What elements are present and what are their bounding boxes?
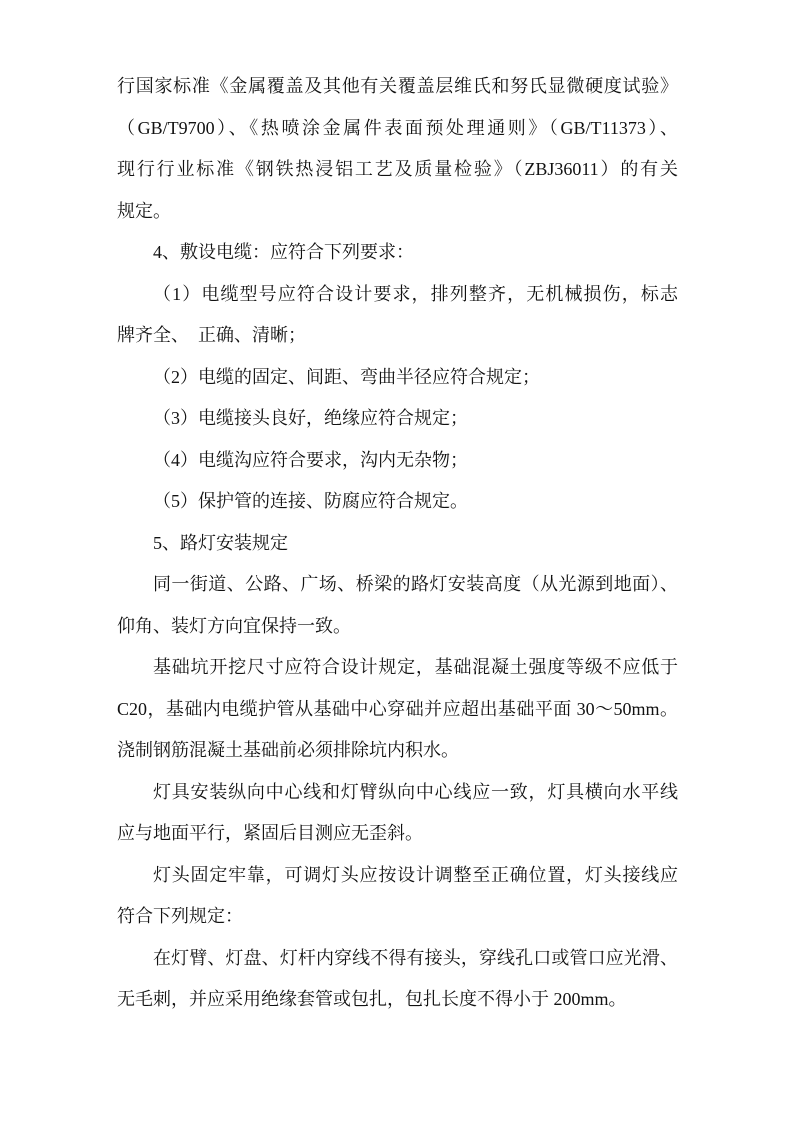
text-line: 行国家标准《金属覆盖及其他有关覆盖层维氏和努氏显微硬度试验》 (117, 66, 678, 108)
text-line: 仰角、装灯方向宜保持一致。 (117, 606, 678, 648)
text-line: 浇制钢筋混凝土基础前必须排除坑内积水。 (117, 730, 678, 772)
text-line: 在灯臂、灯盘、灯杆内穿线不得有接头，穿线孔口或管口应光滑、 (117, 938, 678, 980)
text-line: 灯具安装纵向中心线和灯臂纵向中心线应一致，灯具横向水平线 (117, 772, 678, 814)
text-line: 同一街道、公路、广场、桥梁的路灯安装高度（从光源到地面）、 (117, 564, 678, 606)
text-line: （3）电缆接头良好，绝缘应符合规定； (117, 398, 678, 440)
text-line: （GB/T9700）、《热喷涂金属件表面预处理通则》（GB/T11373）、 (117, 108, 678, 150)
text-line: 规定。 (117, 191, 678, 233)
text-line: 基础坑开挖尺寸应符合设计规定，基础混凝土强度等级不应低于 (117, 647, 678, 689)
text-line: （1）电缆型号应符合设计要求，排列整齐，无机械损伤，标志 (117, 274, 678, 316)
text-line: 灯头固定牢靠，可调灯头应按设计调整至正确位置，灯头接线应 (117, 855, 678, 897)
text-line: （5）保护管的连接、防腐应符合规定。 (117, 481, 678, 523)
text-line: 牌齐全、 正确、清晰； (117, 315, 678, 357)
document-body: 行国家标准《金属覆盖及其他有关覆盖层维氏和努氏显微硬度试验》（GB/T9700）… (117, 66, 678, 1021)
text-line: 现行行业标准《钢铁热浸铝工艺及质量检验》（ZBJ36011）的有关 (117, 149, 678, 191)
text-line: 符合下列规定： (117, 896, 678, 938)
text-line: 无毛刺，并应采用绝缘套管或包扎，包扎长度不得小于 200mm。 (117, 979, 678, 1021)
text-line: （2）电缆的固定、间距、弯曲半径应符合规定； (117, 357, 678, 399)
document-page: 行国家标准《金属覆盖及其他有关覆盖层维氏和努氏显微硬度试验》（GB/T9700）… (0, 0, 793, 1122)
text-line: 5、路灯安装规定 (117, 523, 678, 565)
text-line: 应与地面平行，紧固后目测应无歪斜。 (117, 813, 678, 855)
text-line: 4、敷设电缆：应符合下列要求： (117, 232, 678, 274)
text-line: （4）电缆沟应符合要求，沟内无杂物； (117, 440, 678, 482)
text-line: C20，基础内电缆护管从基础中心穿础并应超出基础平面 30～50mm。 (117, 689, 678, 731)
